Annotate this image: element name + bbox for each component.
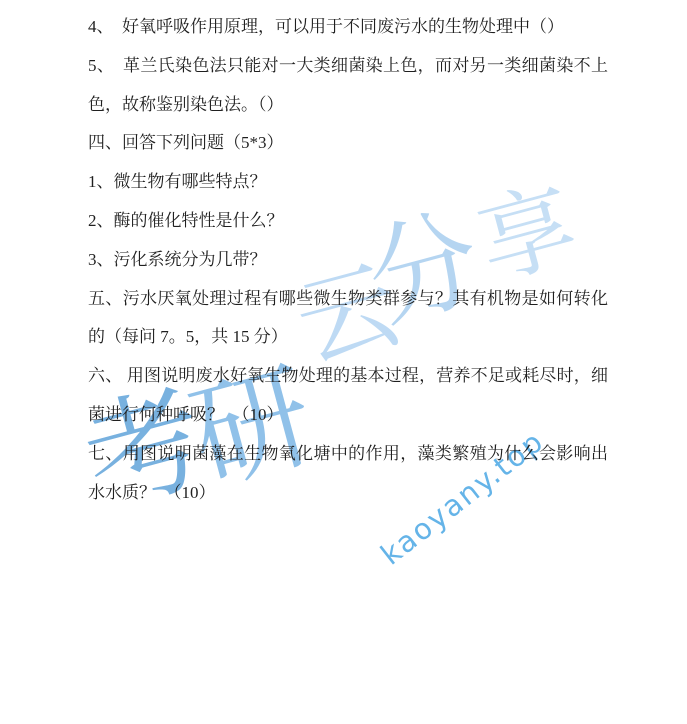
text-line: 五、污水厌氧处理过程有哪些微生物类群参与？其有机物是如何转化 [88,280,608,319]
text-line: 1、微生物有哪些特点？ [88,163,608,202]
text-line: 色，故称鉴别染色法。（） [88,86,608,125]
text-line: 2、酶的催化特性是什么？ [88,202,608,241]
text-line: 水水质？ （10） [88,474,608,513]
text-line: 4、 好氧呼吸作用原理，可以用于不同废污水的生物处理中（） [88,8,608,47]
text-line: 3、污化系统分为几带？ [88,241,608,280]
text-line: 七、用图说明菌藻在生物氧化塘中的作用，藻类繁殖为什么会影响出 [88,435,608,474]
text-line: 5、 革兰氏染色法只能对一大类细菌染上色，而对另一类细菌染不上 [88,47,608,86]
text-line: 四、回答下列问题（5*3） [88,124,608,163]
document-text-body: 4、 好氧呼吸作用原理，可以用于不同废污水的生物处理中（）5、 革兰氏染色法只能… [88,8,608,512]
exam-document-page: 考研云分享 kaoyany.top 4、 好氧呼吸作用原理，可以用于不同废污水的… [0,0,687,724]
text-line: 的（每问 7。5，共 15 分） [88,318,608,357]
text-line: 六、 用图说明废水好氧生物处理的基本过程，营养不足或耗尽时，细 [88,357,608,396]
text-line: 菌进行何种呼吸？ （10） [88,396,608,435]
